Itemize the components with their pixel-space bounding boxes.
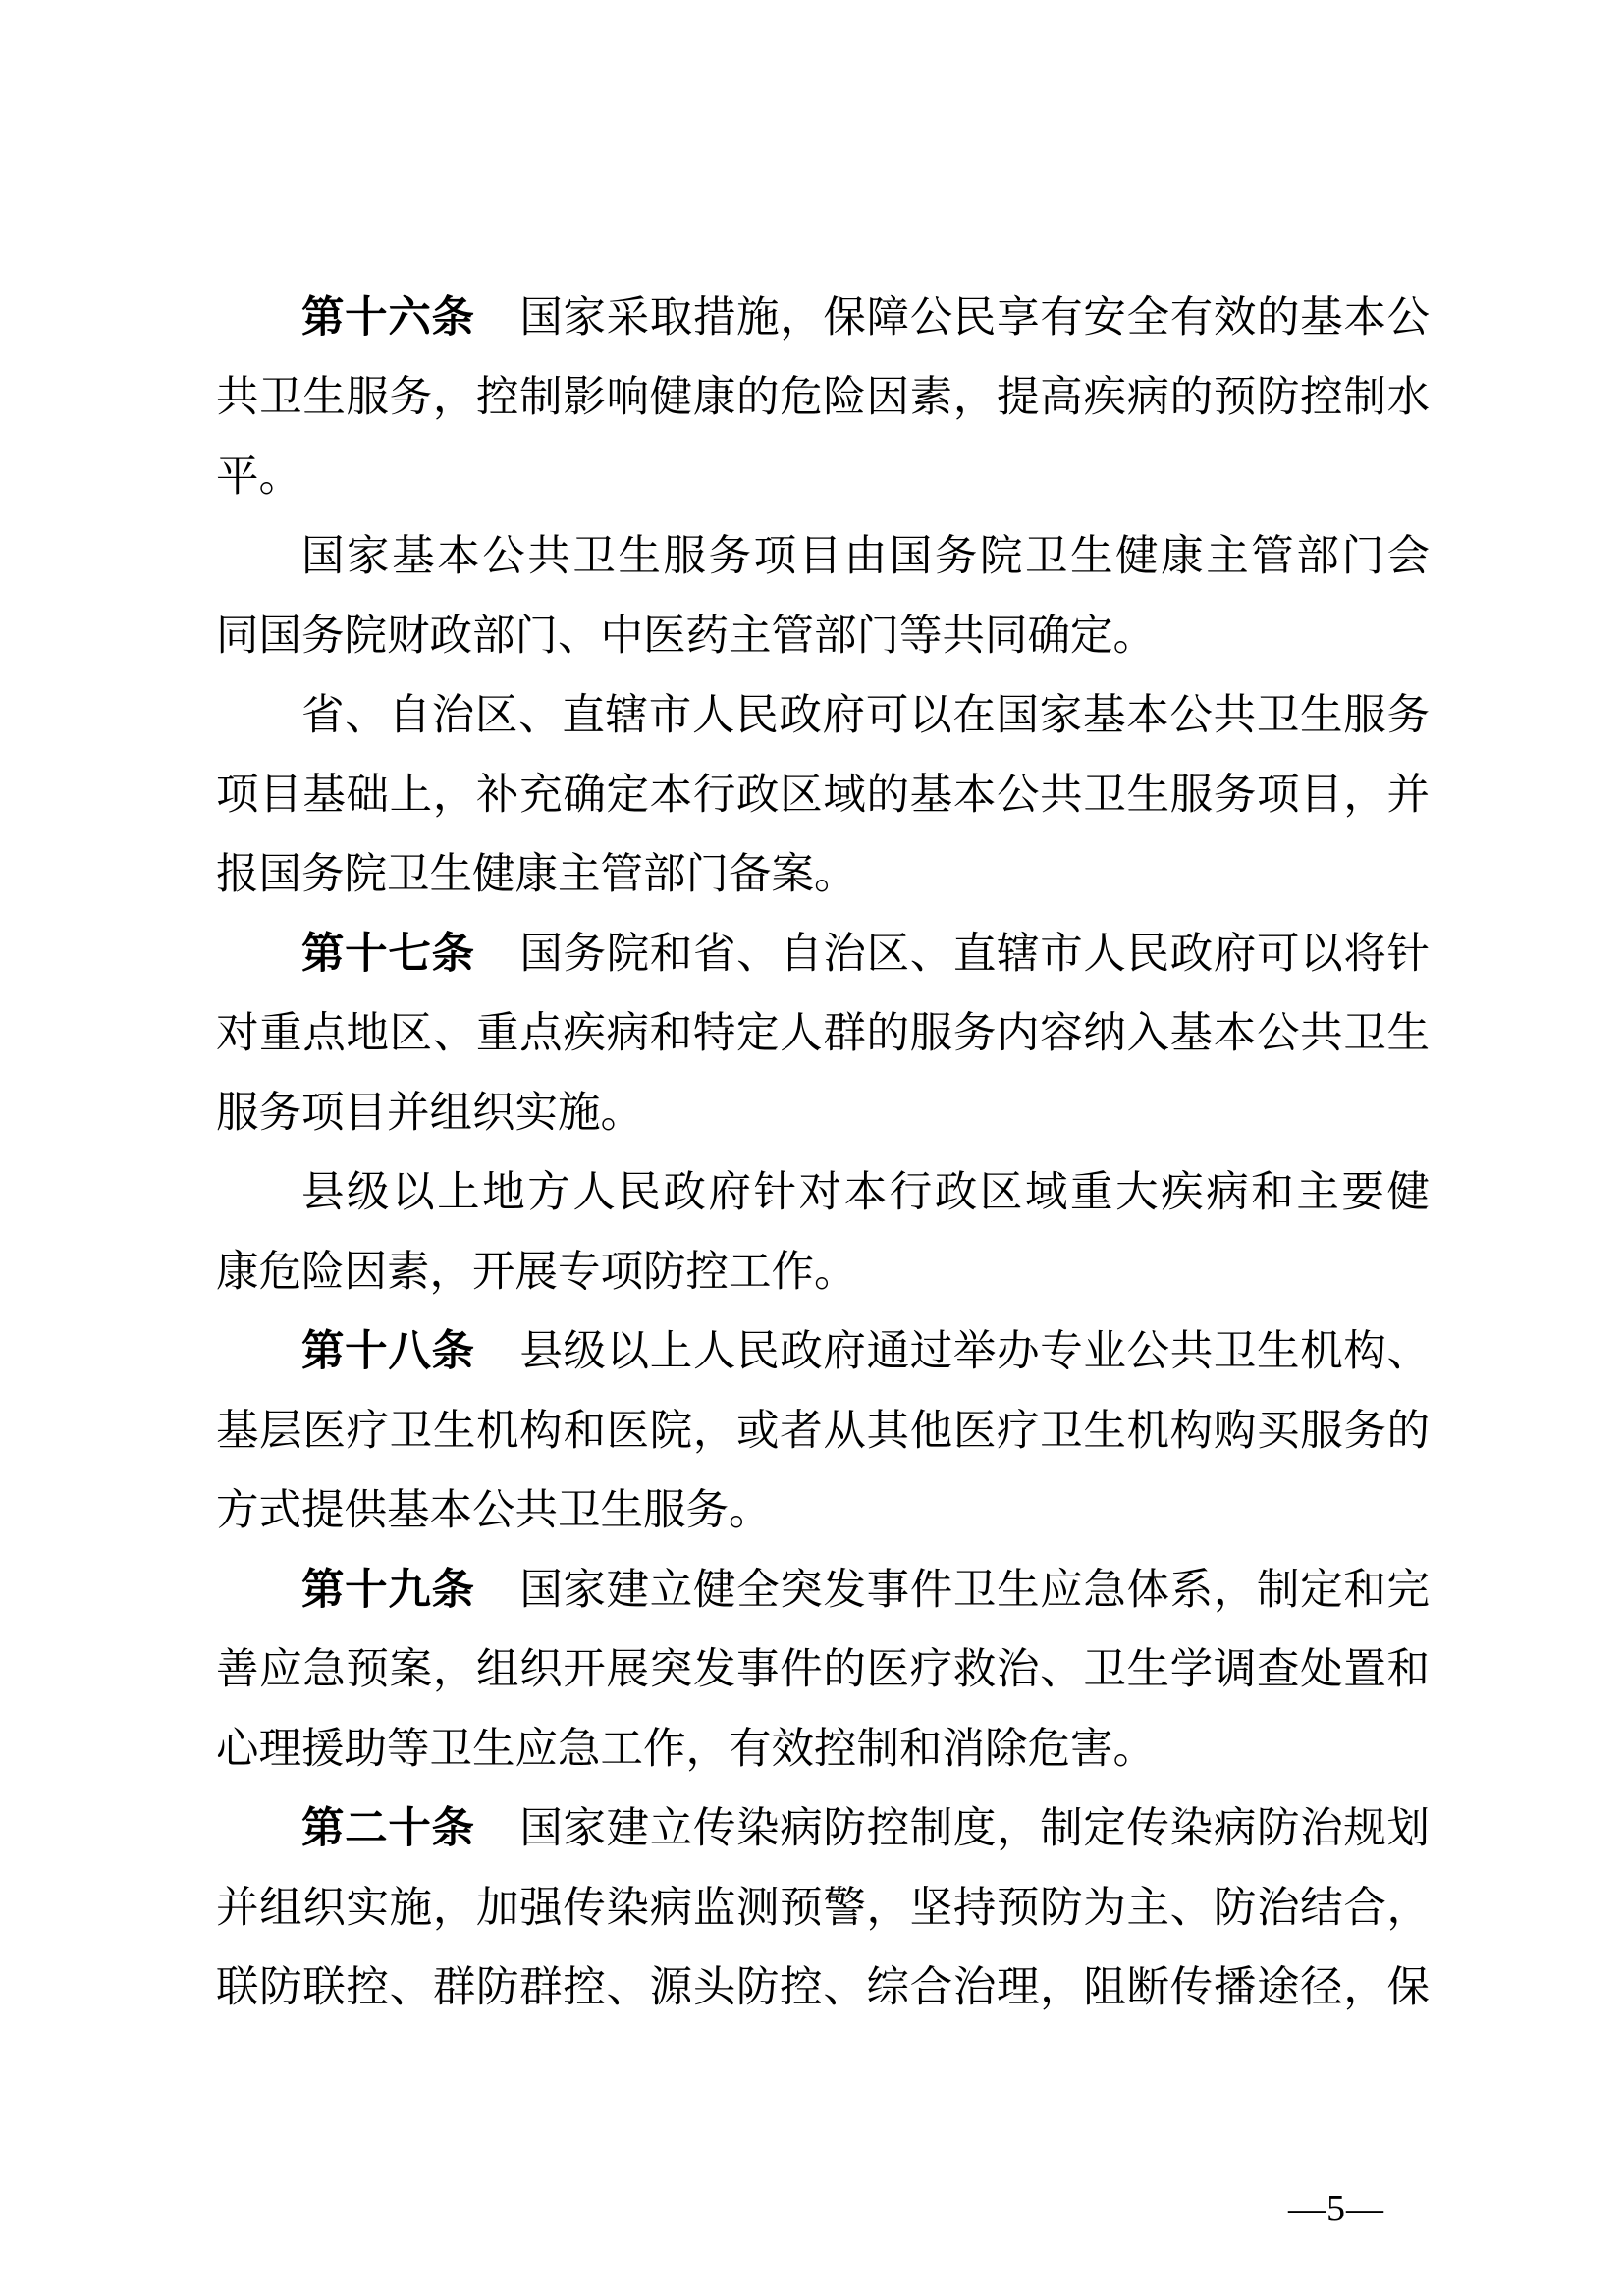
line-text: 对重点地区、重点疾病和特定人群的服务内容纳入基本公共卫生 [216,1010,1430,1057]
article-number-label: 第十九条 [301,1567,475,1614]
text-line: 同国务院财政部门、中医药主管部门等共同确定。 [216,597,1430,676]
line-text: 联防联控、群防群控、源头防控、综合治理，阻断传播途径，保 [216,1964,1430,2011]
text-line: 国家基本公共卫生服务项目由国务院卫生健康主管部门会 [216,517,1430,597]
line-text: 县级以上人民政府通过举办专业公共卫生机构、 [519,1328,1430,1375]
text-line: 第十八条县级以上人民政府通过举办专业公共卫生机构、 [216,1312,1430,1392]
text-line: 联防联控、群防群控、源头防控、综合治理，阻断传播途径，保 [216,1949,1430,2028]
line-text: 报国务院卫生健康主管部门备案。 [216,851,857,898]
text-line: 省、自治区、直辖市人民政府可以在国家基本公共卫生服务 [216,676,1430,756]
line-text: 基层医疗卫生机构和医院，或者从其他医疗卫生机构购买服务的 [216,1408,1430,1455]
text-line: 报国务院卫生健康主管部门备案。 [216,835,1430,915]
line-text: 国家采取措施，保障公民享有安全有效的基本公 [519,294,1430,342]
page-number: —5— [1288,2187,1384,2230]
text-line: 第二十条国家建立传染病防控制度，制定传染病防治规划 [216,1789,1430,1869]
line-text: 康危险因素，开展专项防控工作。 [216,1249,857,1296]
line-text: 善应急预案，组织开展突发事件的医疗救治、卫生学调查处置和 [216,1646,1430,1693]
text-line: 基层医疗卫生机构和医院，或者从其他医疗卫生机构购买服务的 [216,1392,1430,1471]
text-line: 并组织实施，加强传染病监测预警，坚持预防为主、防治结合， [216,1869,1430,1949]
line-text: 县级以上地方人民政府针对本行政区域重大疾病和主要健 [301,1169,1430,1216]
text-line: 平。 [216,438,1430,517]
line-text: 同国务院财政部门、中医药主管部门等共同确定。 [216,613,1156,660]
line-text: 国家建立传染病防控制度，制定传染病防治规划 [519,1805,1430,1852]
text-line: 心理援助等卫生应急工作，有效控制和消除危害。 [216,1710,1430,1789]
line-text: 平。 [216,454,301,501]
line-text: 共卫生服务，控制影响健康的危险因素，提高疾病的预防控制水 [216,374,1430,421]
line-text: 并组织实施，加强传染病监测预警，坚持预防为主、防治结合， [216,1885,1430,1932]
article-number-label: 第十六条 [301,294,475,342]
text-line: 康危险因素，开展专项防控工作。 [216,1233,1430,1312]
text-line: 善应急预案，组织开展突发事件的医疗救治、卫生学调查处置和 [216,1630,1430,1710]
text-line: 第十九条国家建立健全突发事件卫生应急体系，制定和完 [216,1551,1430,1630]
line-text: 方式提供基本公共卫生服务。 [216,1487,772,1534]
text-line: 共卫生服务，控制影响健康的危险因素，提高疾病的预防控制水 [216,358,1430,438]
line-text: 项目基础上，补充确定本行政区域的基本公共卫生服务项目，并 [216,772,1430,819]
document-page: 第十六条国家采取措施，保障公民享有安全有效的基本公 共卫生服务，控制影响健康的危… [0,0,1624,2296]
text-line: 服务项目并组织实施。 [216,1074,1430,1153]
line-text: 国务院和省、自治区、直辖市人民政府可以将针 [519,931,1430,978]
text-line: 第十七条国务院和省、自治区、直辖市人民政府可以将针 [216,915,1430,994]
article-number-label: 第二十条 [301,1805,475,1852]
line-text: 国家基本公共卫生服务项目由国务院卫生健康主管部门会 [301,533,1430,580]
line-text: 心理援助等卫生应急工作，有效控制和消除危害。 [216,1726,1156,1773]
line-text: 省、自治区、直辖市人民政府可以在国家基本公共卫生服务 [301,692,1430,739]
document-body: 第十六条国家采取措施，保障公民享有安全有效的基本公 共卫生服务，控制影响健康的危… [216,279,1430,2028]
text-line: 对重点地区、重点疾病和特定人群的服务内容纳入基本公共卫生 [216,994,1430,1074]
text-line: 项目基础上，补充确定本行政区域的基本公共卫生服务项目，并 [216,756,1430,835]
text-line: 方式提供基本公共卫生服务。 [216,1471,1430,1551]
line-text: 国家建立健全突发事件卫生应急体系，制定和完 [519,1567,1430,1614]
text-line: 县级以上地方人民政府针对本行政区域重大疾病和主要健 [216,1153,1430,1233]
line-text: 服务项目并组织实施。 [216,1090,643,1137]
article-number-label: 第十七条 [301,931,475,978]
article-number-label: 第十八条 [301,1328,475,1375]
text-line: 第十六条国家采取措施，保障公民享有安全有效的基本公 [216,279,1430,358]
